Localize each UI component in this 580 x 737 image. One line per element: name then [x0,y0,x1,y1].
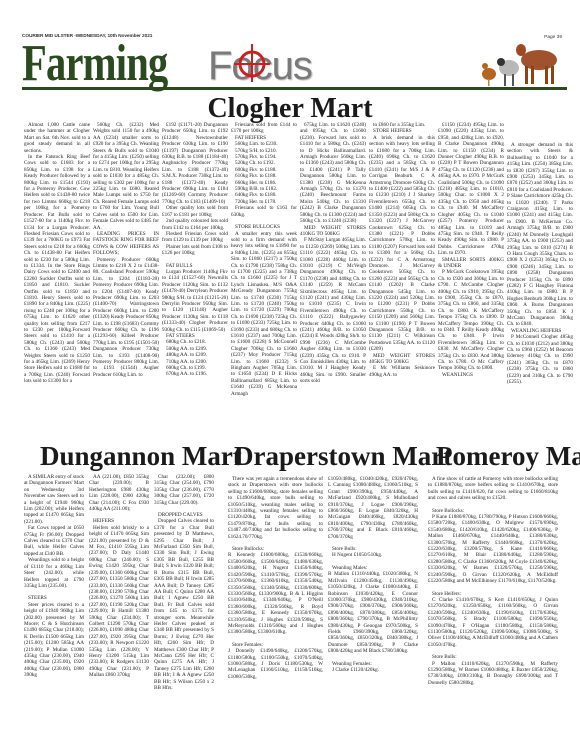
article-paragraph: A smaller entry this week sold to a firm… [231,231,297,398]
subheading-smaller-sorts: SMALLER SORTS 400KG & UNDER [438,257,504,270]
pomeroy-title: Pomeroy Mart [436,441,580,472]
pomeroy-col: A fine show of cattle at Pomeroy with st… [428,476,558,716]
article-paragraph: 675kg Lim. to £1620 (£240) and 695kg Ch.… [300,122,366,225]
article-paragraph: E Mc Williams Seskinore 490kg AA. to [369,365,435,378]
article-paragraph: Pomeroy Producer 660kg Limms to £218 X 2… [93,257,159,379]
brand-farming: Farming [22,36,167,92]
draperstown-col-2: £1050/480kg, £1040/420kg, £920/470kg, L … [328,476,418,716]
article-paragraph: P Kane £1880/870kg, £1780/790kg, P Hutso… [428,514,558,584]
article-paragraph: Dropped Calves cleared to £370 for a Cha… [154,518,214,691]
subheading: LEADING PRICES IN FATSTOCK RING FOR BEEF… [93,231,159,257]
article-paragraph: C Clarke £1410/670kg, S Kerr £1410/650kg… [428,597,558,648]
article-paragraph: Other quality lots sold from £167 to £18… [162,205,228,218]
clogher-col-4: Friesians sold from £144 to £170 per 100… [231,122,297,434]
article-paragraph: Lurgan Producer 1140kg Fkv to £134 (£152… [162,269,228,333]
article-paragraph: R Mallon £1310/440kg, £1020/380kg, N McI… [328,571,418,654]
clogher-title: Clogher Mart [0,93,580,125]
article-paragraph: R Kennedy £1600/680kg, £1530/660kg, £150… [228,552,323,635]
subheading-med-weight-stores: MED WEIGHT STORES 405KG TO 500KG [369,353,435,366]
article-paragraph: £192 (£1171-20) Dungannon Producer 650kg… [162,122,228,205]
article-paragraph: 2nd quality coloured lots sold from £142… [162,218,228,231]
clogher-col-2: 560kg Ch. (£232) Med Weights sold 1150 f… [93,122,159,434]
subheading-med-weight: MED WEIGHT STORES 410KG TO 500KG [300,225,366,238]
draperstown-title: Draperstown Mart [234,441,452,472]
article-paragraph: Weanlings sold to a height of £1110 for … [24,557,84,589]
farm-animals-icon [467,38,567,88]
clogher-col-7: £1150 (£234) 495kg Lim. to £1090 (£220) … [438,122,504,434]
clogher-col-5: 675kg Lim. to £1620 (£240) and 695kg Ch.… [300,122,366,434]
article-paragraph: In the Fatstock Ring Beef Cows sold to £… [24,154,90,385]
dungannon-col-1: A SIMILAR entry of stock at Dungannon Fa… [24,474,84,714]
article-paragraph: P McGurk Cookstown 395kg Ch. to £920 and… [438,269,504,372]
clogher-col-3: £192 (£1171-20) Dungannon Producer 650kg… [162,122,228,434]
article-paragraph: Friesians sold to £163 for 630kg. [231,205,297,218]
dungannon-col-3: Char (232.00); £800 315kg Char (254.00),… [154,474,214,714]
article-paragraph: There was yet again a tremendous show of… [228,476,323,540]
clogher-col-6: to £860 for a 355kg Lim. STORE HEIFERS A… [369,122,435,434]
draperstown-col-1: There was yet again a tremendous show of… [228,476,323,716]
crosshair-target-icon [232,42,272,82]
article-paragraph: Friesians sold from £144 to £170 per 100… [231,122,297,135]
article-paragraph: Plainer lots sold from £108 to £126 per … [162,244,228,257]
article-paragraph: A stronger demand in this section with S… [507,142,573,328]
article-paragraph: Char (232.00); £800 315kg Char (254.00),… [154,474,214,506]
dungannon-col-2: AA (221.00), £850 355kg Char (239.00); B… [89,474,149,714]
article-paragraph: Heifers sold briskly to a height of £147… [89,525,149,679]
article-paragraph: Fleshed Friesian Cows sold from £129 to … [162,231,228,244]
article-paragraph: Steer prices cleared to a height of £194… [24,602,84,679]
article-paragraph: A fine show of cattle at Pomeroy with st… [428,476,558,502]
list-item: 670kg AA. to £196. [162,371,228,377]
article-paragraph: £1150 (£234) 495kg Lim. to £1090 (£220) … [438,122,504,257]
article-paragraph: F McStay Lurgan 465kg Lim. to £1250 (£26… [300,237,366,384]
article-paragraph: 560kg Ch. (£232) Med Weights sold 1150 f… [93,122,159,231]
article-paragraph: Almost 1,000 Cattle came under the hamme… [24,122,90,154]
article-paragraph: P Mallon £1410/620kg, £1270/590kg, M Raf… [428,661,558,687]
masthead: Farming Focus [22,40,567,90]
clogher-col-1: Almost 1,000 Cattle came under the hamme… [24,122,90,434]
subheading-weanlings: WEANLINGS [438,372,504,378]
article-paragraph: £1050/480kg, £1040/420kg, £920/470kg, L … [328,476,418,540]
article-paragraph: AA (221.00), £850 355kg Char (239.00); B… [89,474,149,512]
article-paragraph: J Clarke £1120/420kg. [328,667,418,673]
masthead-rule [22,87,567,90]
dungannon-title: Dungannon Mart [40,441,242,472]
article-paragraph: Fat Cows topped at £650 675kg Fr (96.00)… [24,525,84,557]
article-paragraph: P McConnell Clogher 485kg Ch. to £1030 (… [507,334,573,385]
article-paragraph: J Donnelly £1490/640kg, £1200/570kg, £11… [228,648,323,680]
article-paragraph: A brisk demand in this section with heav… [369,135,435,353]
article-paragraph: A SIMILAR entry of stock at Dungannon Fa… [24,474,84,525]
clogher-col-8: A stronger demand in this section with S… [507,142,573,434]
